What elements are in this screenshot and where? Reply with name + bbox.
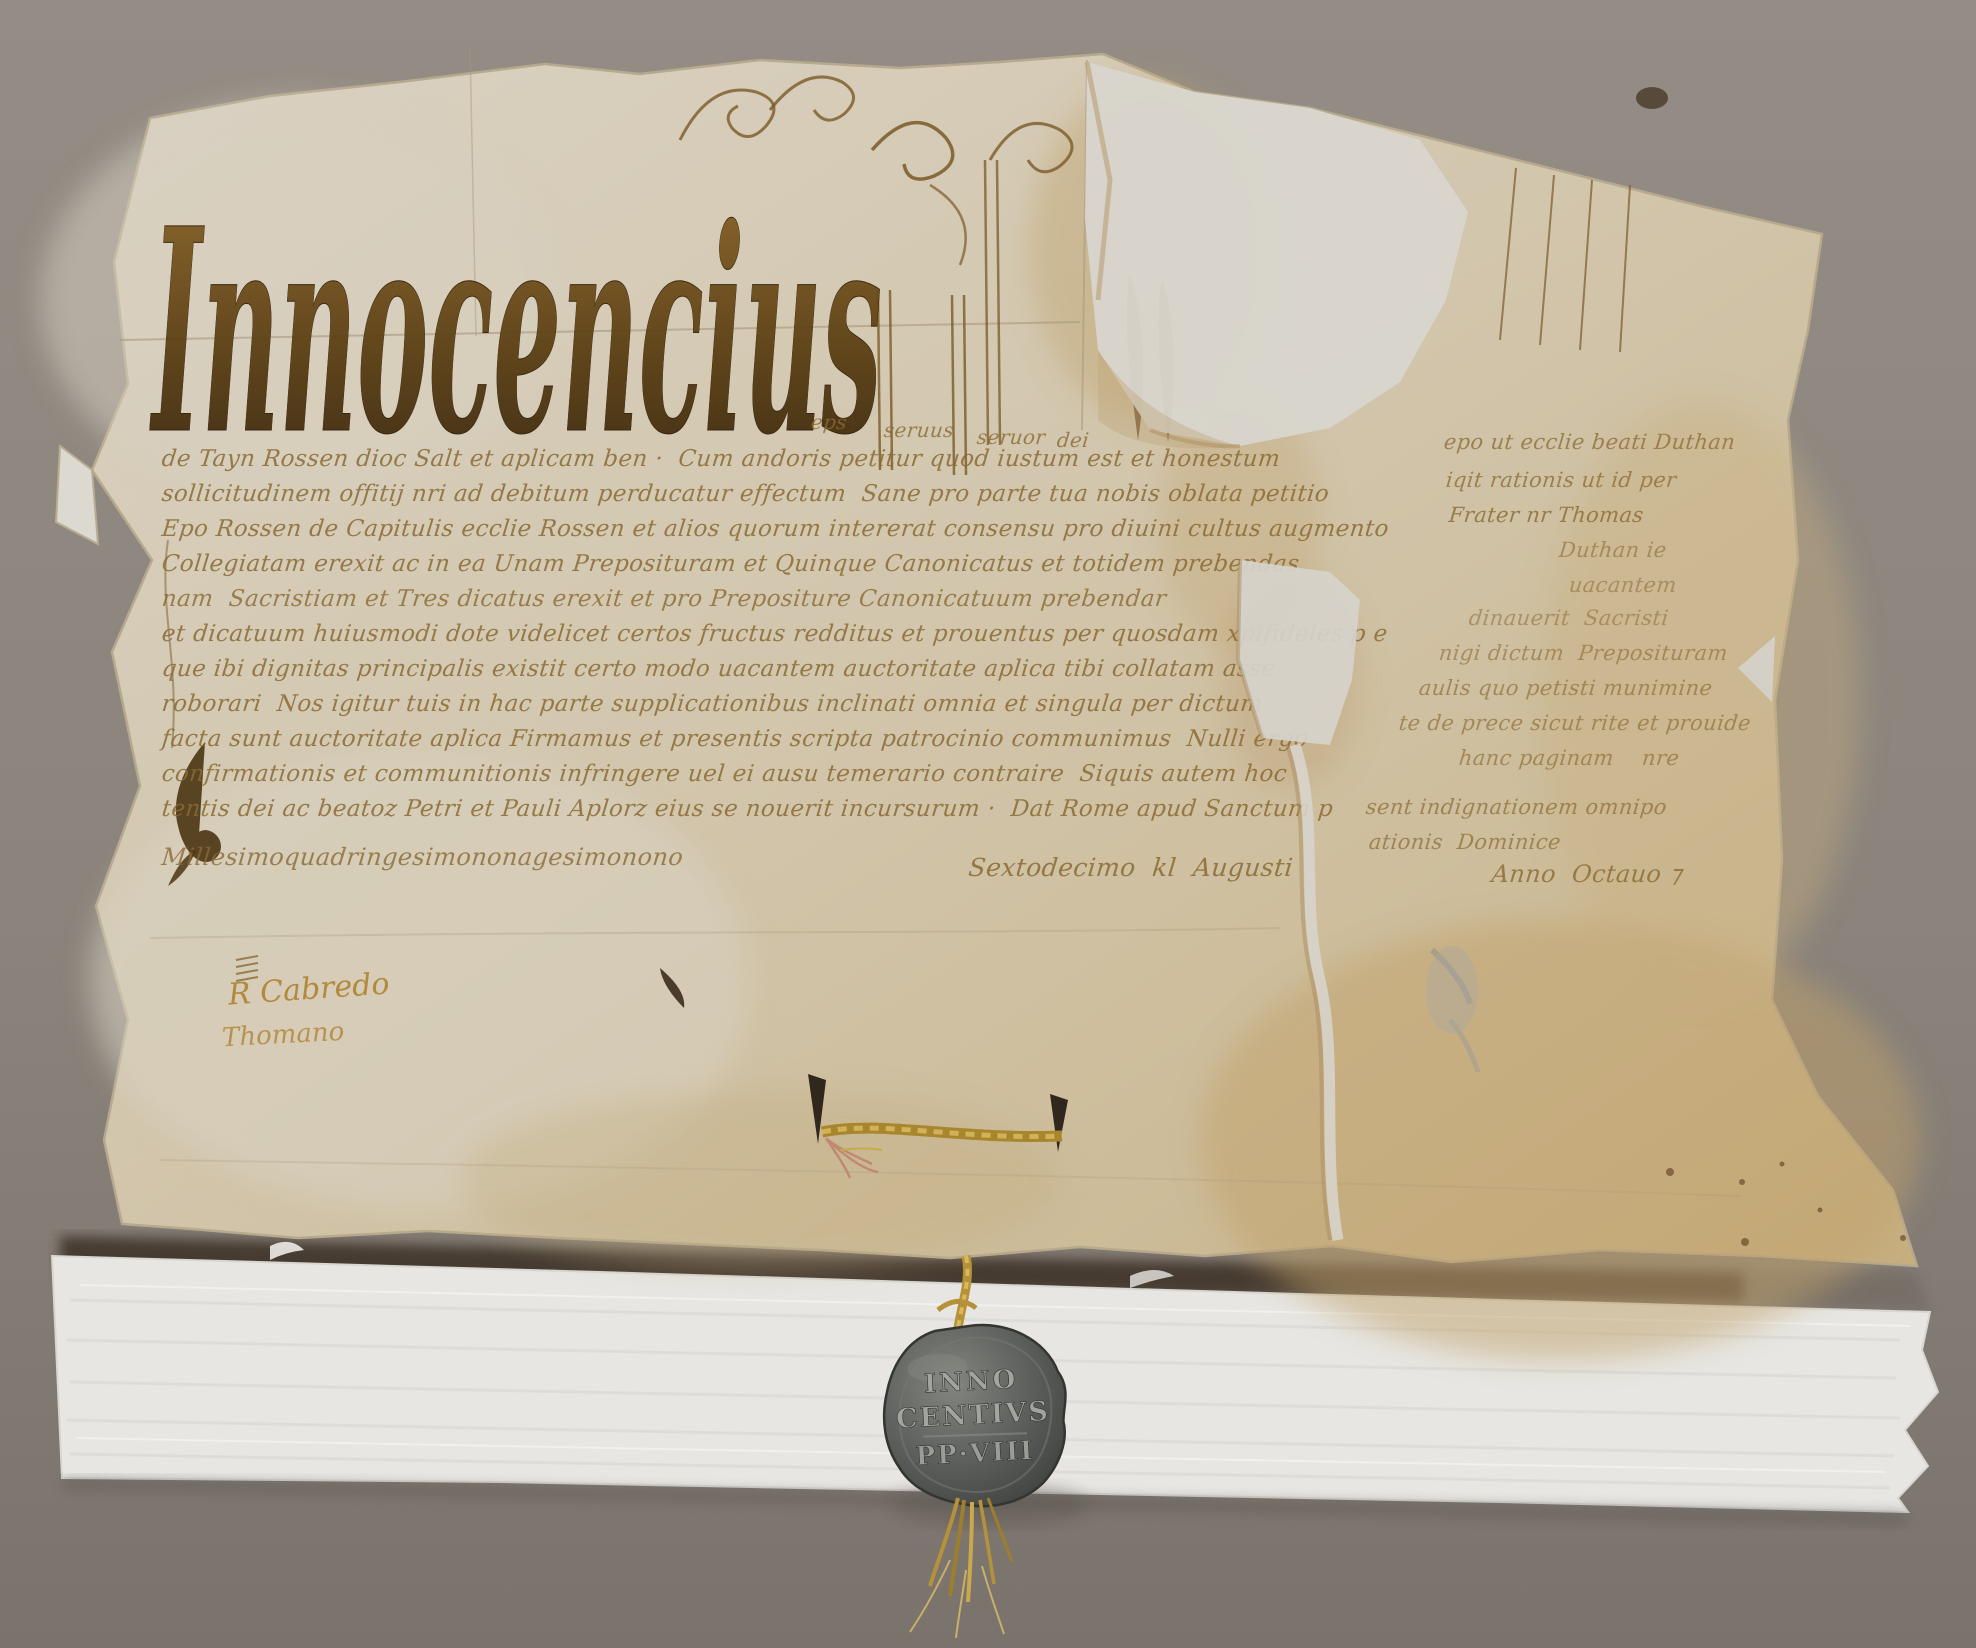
overlay-layer: INNO CENTIVS PP·VIII xyxy=(0,0,1976,1648)
sealing-cords xyxy=(808,1074,1068,1344)
plica-slit-right xyxy=(1050,1094,1068,1152)
right-edge-nick xyxy=(1738,636,1775,702)
frayed-threads xyxy=(826,1138,878,1178)
photograph-of-papal-bull: Innocencius R Cabredo Thomano epsseruuss… xyxy=(0,0,1976,1648)
seal-text-line3: PP·VIII xyxy=(915,1436,1035,1472)
lead-seal: INNO CENTIVS PP·VIII xyxy=(879,1321,1071,1511)
repair-backing-patches xyxy=(1085,62,1775,1240)
seal-text-line1: INNO xyxy=(923,1365,1019,1400)
